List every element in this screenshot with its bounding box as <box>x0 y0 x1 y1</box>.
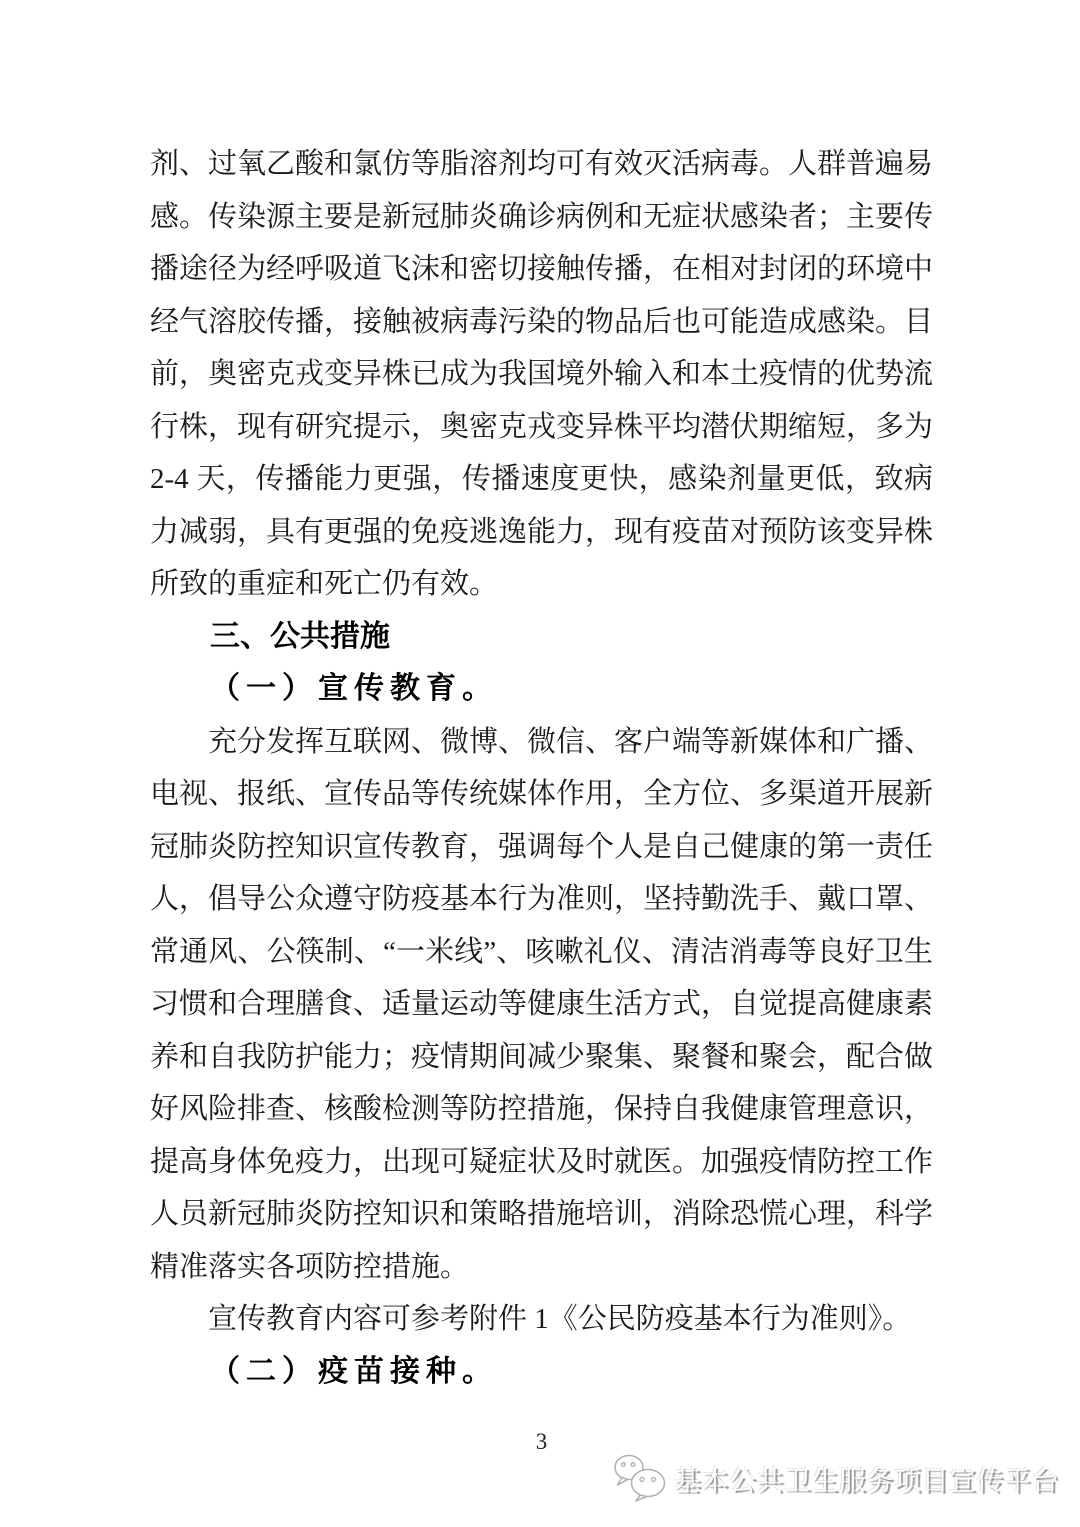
text-line: 电视、报纸、宣传品等传统媒体作用，全方位、多渠道开展新 <box>150 768 933 821</box>
heading-line: 三、公共措施 <box>150 611 933 664</box>
text-line: 人，倡导公众遵守防疫基本行为准则，坚持勤洗手、戴口罩、 <box>150 873 933 926</box>
text-line: 精准落实各项防控措施。 <box>150 1241 933 1294</box>
document-page: 剂、过氧乙酸和氯仿等脂溶剂均可有效灭活病毒。人群普遍易感。传染源主要是新冠肺炎确… <box>0 0 1080 1527</box>
text-line: 提高身体免疫力，出现可疑症状及时就医。加强疫情防控工作 <box>150 1136 933 1189</box>
watermark: 基本公共卫生服务项目宣传平台 <box>612 1452 1059 1504</box>
text-line: 人员新冠肺炎防控知识和策略措施培训，消除恐慌心理，科学 <box>150 1188 933 1241</box>
text-line: 2-4 天，传播能力更强，传播速度更快，感染剂量更低，致病 <box>150 453 933 506</box>
text-line: 充分发挥互联网、微博、微信、客户端等新媒体和广播、 <box>150 716 933 769</box>
heading-line: （二）疫苗接种。 <box>150 1346 933 1399</box>
text-line: 播途径为经呼吸道飞沫和密切接触传播，在相对封闭的环境中 <box>150 243 933 296</box>
text-line: 行株，现有研究提示，奥密克戎变异株平均潜伏期缩短，多为 <box>150 401 933 454</box>
text-line: 宣传教育内容可参考附件 1《公民防疫基本行为准则》。 <box>150 1293 933 1346</box>
text-line: 经气溶胶传播，接触被病毒污染的物品后也可能造成感染。目 <box>150 296 933 349</box>
watermark-text: 基本公共卫生服务项目宣传平台 <box>674 1459 1059 1498</box>
text-line: 所致的重症和死亡仍有效。 <box>150 558 933 611</box>
text-line: 养和自我防护能力；疫情期间减少聚集、聚餐和聚会，配合做 <box>150 1031 933 1084</box>
wechat-icon <box>612 1454 668 1502</box>
text-line: 常通风、公筷制、“一米线”、咳嗽礼仪、清洁消毒等良好卫生 <box>150 926 933 979</box>
text-line: 前，奥密克戎变异株已成为我国境外输入和本土疫情的优势流 <box>150 348 933 401</box>
text-line: 感。传染源主要是新冠肺炎确诊病例和无症状感染者；主要传 <box>150 191 933 244</box>
text-line: 冠肺炎防控知识宣传教育，强调每个人是自己健康的第一责任 <box>150 821 933 874</box>
document-text: 剂、过氧乙酸和氯仿等脂溶剂均可有效灭活病毒。人群普遍易感。传染源主要是新冠肺炎确… <box>150 138 933 1398</box>
text-line: 力减弱，具有更强的免疫逃逸能力，现有疫苗对预防该变异株 <box>150 506 933 559</box>
text-line: 剂、过氧乙酸和氯仿等脂溶剂均可有效灭活病毒。人群普遍易 <box>150 138 933 191</box>
heading-line: （一）宣传教育。 <box>150 663 933 716</box>
text-line: 好风险排查、核酸检测等防控措施，保持自我健康管理意识， <box>150 1083 933 1136</box>
text-line: 习惯和合理膳食、适量运动等健康生活方式，自觉提高健康素 <box>150 978 933 1031</box>
